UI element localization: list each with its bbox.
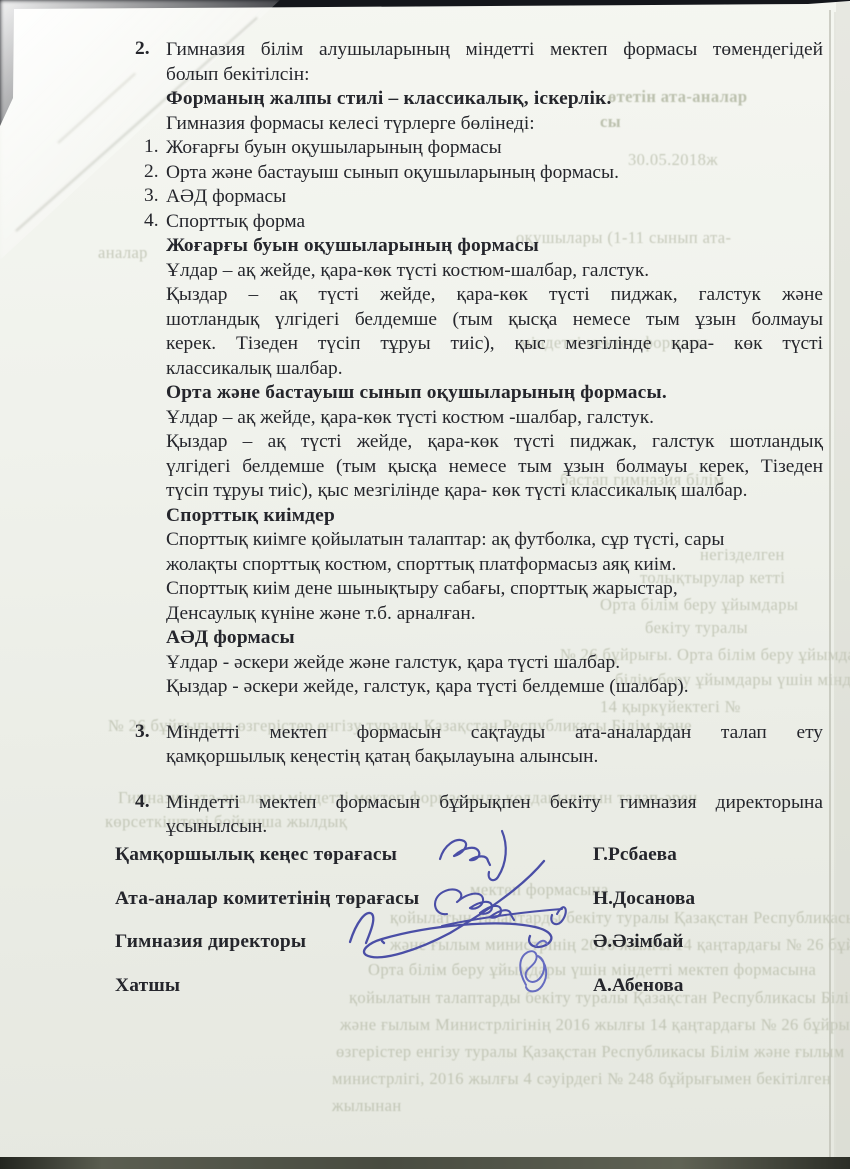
bleedthrough-text: өзгерістер енгізу туралы Қазақстан Респу… [336,1042,845,1062]
text-line: қамқоршылық кеңестің қатаң бақылауына ал… [166,745,823,770]
page-edge-line [829,10,831,1157]
text-block: Спорттық киімдер [166,504,823,529]
text-block: Орта және бастауыш сынып оқушыларының фо… [166,381,823,406]
signature-ink-azimbay [350,861,551,957]
text-line: Міндетті мектеп формасын бұйрықпен бекіт… [166,791,823,816]
bleedthrough-text: министрлігі, 2016 жылғы 4 сәуірдегі № 24… [332,1069,831,1089]
signature-name: Г.Рсбаева [593,844,677,866]
list-number: 2. [144,161,159,183]
signatures-ink [330,815,570,1015]
text-block: 2.Гимназия білім алушыларының міндетті м… [166,38,823,87]
text-line: Орта және бастауыш сынып оқушыларының фо… [166,381,823,406]
text-line: Спорттық киімдер [166,504,823,529]
signature-role: Хатшы [115,975,180,996]
text-line: Міндетті мектеп формасын сақтауды ата-ан… [166,721,823,746]
document-text: 2.Гимназия білім алушыларының міндетті м… [166,38,823,840]
text-block: Форманың жалпы стилі – классикалық, іске… [166,87,823,112]
text-line: Спорттық киімге қойылатын талаптар: ақ ф… [166,528,823,553]
text-line: Ұлдар – ақ жейде, қара-көк түсті костюм … [166,406,823,431]
text-line: Қыздар – ақ түсті жейде, қара-көк түсті … [166,430,823,455]
text-line: Қыздар - әскери жейде, галстук, қара түс… [166,675,823,700]
list-number: 2. [135,38,150,60]
text-line: Ұлдар - әскери жейде және галстук, қара … [166,651,823,676]
text-block: 3.АӘД формасы [166,185,823,210]
text-block: Жоғарғы буын оқушыларының формасы [166,234,823,259]
text-line: Спорттық форма [166,210,823,235]
text-block: Спорттық киім дене шынықтыру сабағы, спо… [166,577,823,602]
list-number: 4. [144,210,159,232]
bleedthrough-text: және ғылым Министрлігінің 2016 жылғы 14 … [340,1015,850,1035]
signature-ink-dosanova [435,889,566,926]
text-line: Жоғарғы буын оқушыларының формасы [166,136,823,161]
text-block: 3.Міндетті мектеп формасын сақтауды ата-… [166,721,823,770]
text-line: үлгідегі белдемше (тым қысқа немесе тым … [166,455,823,480]
text-line: керек. Тізеден түсіп тұруы тиіс), қыс ме… [166,332,823,357]
signature-name: Н.Досанова [593,888,695,910]
text-line: Орта және бастауыш сынып оқушыларының фо… [166,161,823,186]
text-line: Гимназия білім алушыларының міндетті мек… [166,38,823,63]
text-block: Гимназия формасы келесі түрлерге бөлінед… [166,112,823,137]
text-line: болып бекітілсін: [166,63,823,88]
text-line: шотландық үлгідегі белдемше (тым қысқа н… [166,308,823,333]
text-line: Денсаулық күніне және т.б. арналған. [166,602,823,627]
text-line: Спорттық киім дене шынықтыру сабағы, спо… [166,577,823,602]
text-block: 1.Жоғарғы буын оқушыларының формасы [166,136,823,161]
list-number: 1. [144,136,159,158]
text-block: АӘД формасы [166,626,823,651]
text-line: жолақты спорттық костюм, спорттық платфо… [166,553,823,578]
signature-role: Гимназия директоры [115,931,306,952]
text-line: Қыздар – ақ түсті жейде, қара-көк түсті … [166,283,823,308]
bleedthrough-text: аналар [98,243,148,263]
text-line: түсіп тұруы тиіс), қыс мезгілінде қара- … [166,479,823,504]
list-number: 4. [135,791,150,813]
list-number: 3. [135,721,150,743]
text-block: Қыздар – ақ түсті жейде, қара-көк түсті … [166,430,823,504]
text-line: Гимназия формасы келесі түрлерге бөлінед… [166,112,823,137]
page-edge-shade [836,2,850,1157]
text-block: Ұлдар – ақ жейде, қара-көк түсті костюм … [166,406,823,431]
text-line: АӘД формасы [166,626,823,651]
text-block: Денсаулық күніне және т.б. арналған. [166,602,823,627]
text-block: 2.Орта және бастауыш сынып оқушыларының … [166,161,823,186]
scanned-document-screen: өтетін ата-аналарсы30.05.2018жоқушылары … [0,0,850,1169]
text-block: Қыздар - әскери жейде, галстук, қара түс… [166,675,823,700]
bleedthrough-text: жылынан [332,1096,402,1116]
text-block: Спорттық киімге қойылатын талаптар: ақ ф… [166,528,823,577]
text-line: Ұлдар – ақ жейде, қара-көк түсті костюм-… [166,259,823,284]
signature-ink-abenova [520,941,547,992]
text-block: Ұлдар - әскери жейде және галстук, қара … [166,651,823,676]
text-line: Жоғарғы буын оқушыларының формасы [166,234,823,259]
text-block: Ұлдар – ақ жейде, қара-көк түсті костюм-… [166,259,823,284]
text-line: Форманың жалпы стилі – классикалық, іске… [166,87,823,112]
text-block: 4.Спорттық форма [166,210,823,235]
signature-name: А.Абенова [593,975,683,997]
text-block: Қыздар – ақ түсті жейде, қара-көк түсті … [166,283,823,381]
signature-ink-rsbaeva [440,831,506,880]
scanner-edge [0,1157,850,1169]
list-number: 3. [144,185,159,207]
signature-name: Ә.Әзімбай [593,931,683,953]
text-line: классикалық шалбар. [166,357,823,382]
text-line: АӘД формасы [166,185,823,210]
